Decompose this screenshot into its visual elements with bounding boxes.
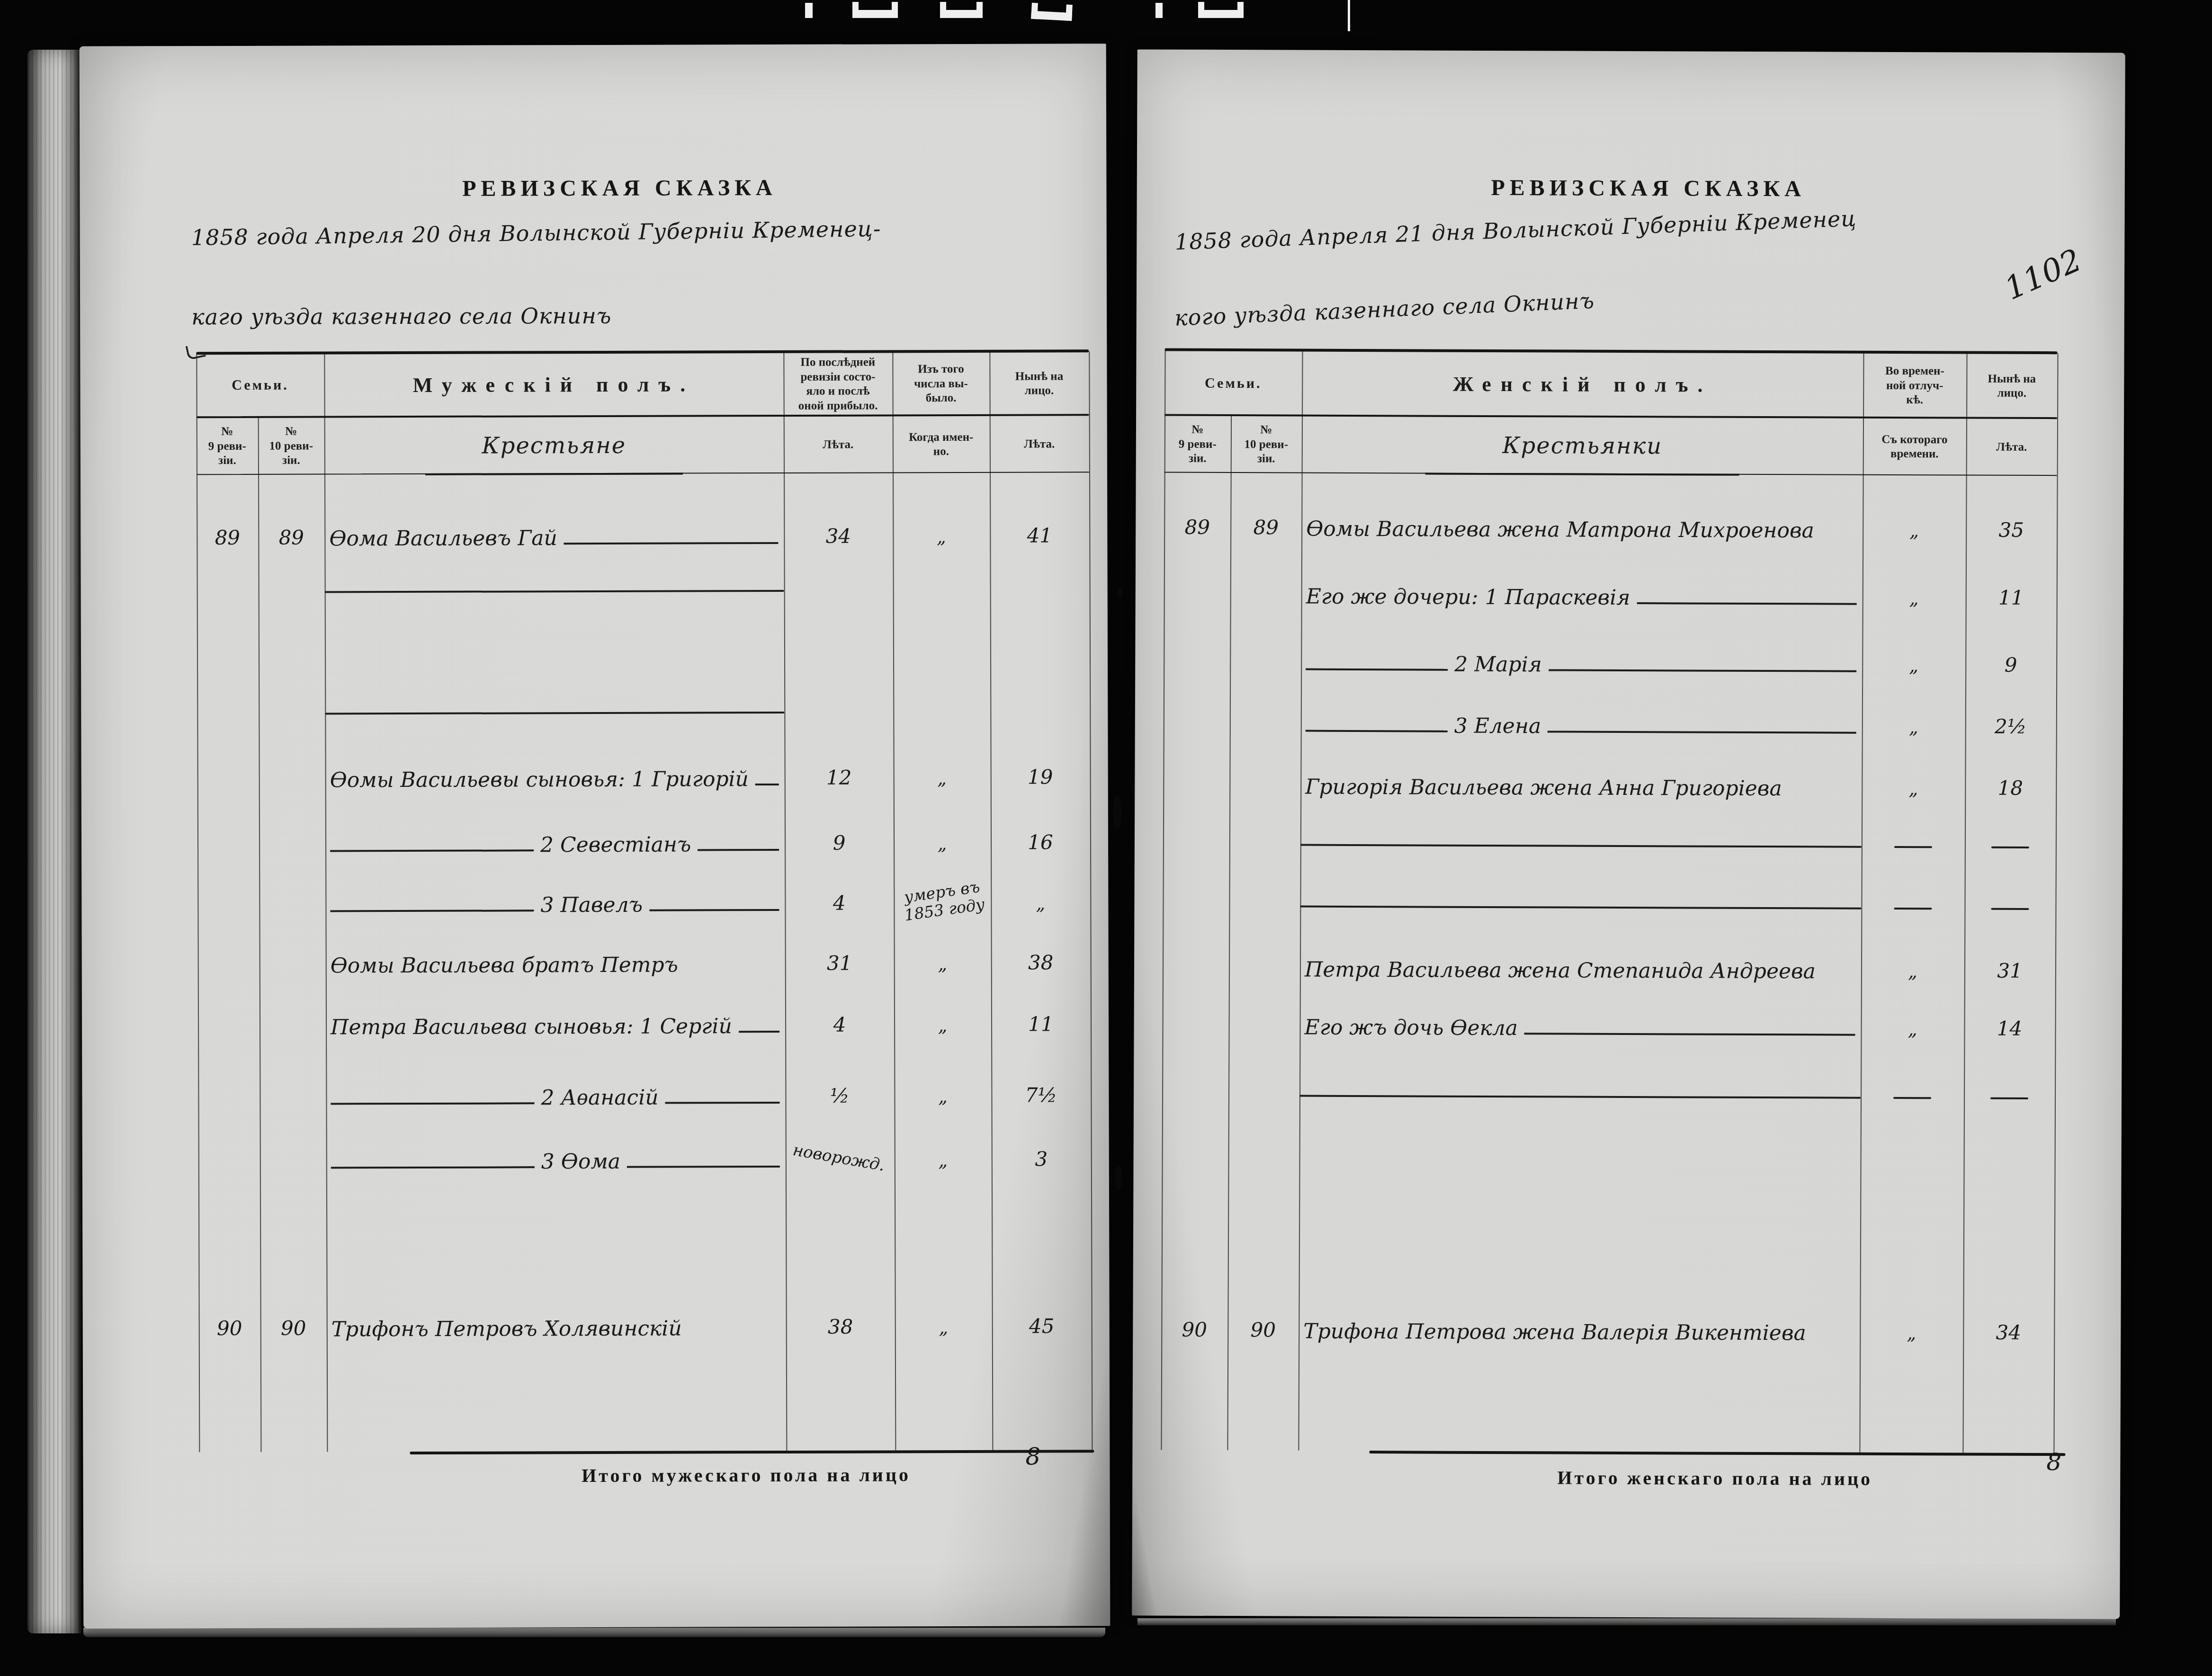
cell-since-when-absent: „ [1862,753,1965,806]
cell-person-name: Григорія Васильева жена Анна Григоріева [1300,751,1862,806]
cell-age-now: 3 [992,1124,1091,1177]
person-name-text: Трифонъ Петровъ Холявинскій [331,1317,682,1342]
cell-since-when-absent: „ [1862,691,1965,745]
cell-family-no-10th-revision: 89 [1230,492,1301,546]
trailing-rule [1637,602,1856,605]
cell-age-now: 31 [1964,936,2055,989]
ruler-mark [805,3,813,18]
cell-when-departed: „ [894,928,991,981]
ruler-mark [1198,2,1244,18]
leader-dash [330,909,534,912]
cell-age-previous-revision: 4 [785,990,894,1043]
cell-family-no-10th-revision: 89 [258,502,324,555]
cell-person-name: 3 Ѳома [326,1125,786,1179]
document-scan: РЕВИЗСКАЯ СКАЗКА 1858 года Апреля 20 дня… [0,0,2212,1676]
cell-age-now: „ [991,867,1090,921]
cell-family-no-9th-revision: 89 [1164,492,1230,545]
footer-rule [1369,1451,2065,1456]
table-body-male: 8989Ѳома Васильевъ Гай34„41Ѳомы Васильев… [80,44,1106,46]
cell-since-when-absent: „ [1863,562,1966,616]
cell-when-departed: „ [894,808,991,861]
leader-dash [330,849,534,852]
cell-age-now: 7½ [991,1060,1091,1114]
cell-age-now: 45 [992,1291,1092,1345]
cell-since-when-absent: „ [1861,993,1964,1047]
cell-since-when-absent: „ [1862,630,1965,683]
cell-age-now: 38 [991,927,1091,981]
trailing-rule [739,1031,779,1033]
ruler-mark [1155,3,1163,18]
heading-handwritten-line1: 1858 года Апреля 20 дня Волынской Губерн… [191,216,881,250]
cell-since-when-absent: „ [1861,936,1964,989]
person-name-text: 3 Елена [1454,714,1541,739]
blank-row-dash [1991,847,2029,848]
cell-person-name: Ѳомы Васильева братъ Петръ [326,928,785,983]
cell-age-previous-revision: 12 [784,742,893,796]
cell-age-now: 9 [1965,630,2056,683]
blank-row-line [1300,844,1862,848]
person-name-text: 2 Аѳанасій [541,1086,658,1110]
trailing-rule [649,909,779,911]
cell-person-name: Петра Васильева сыновья: 1 Сергій [326,990,785,1044]
cell-family-no-10th-revision: 90 [260,1293,327,1346]
cell-when-departed: „ [893,742,990,796]
trailing-rule [755,784,779,785]
ink-blot [1113,795,1121,830]
cell-age-now: 2½ [1965,691,2056,745]
cell-age-previous-revision: 31 [785,928,894,981]
heading-handwritten-line2: кого уѣзда казеннаго села Окнинъ [1174,288,1595,331]
col-header-rev10: № 10 реви- зіи. [258,419,324,472]
cell-person-name: Ѳомы Васильева жена Матрона Михроенова [1301,493,1863,548]
cell-age-previous-revision: новорожд. [782,1116,898,1187]
cell-age-now: 41 [990,500,1089,554]
blank-row-dash [1894,846,1932,848]
blank-row-line [325,590,784,593]
cell-person-name: 3 Елена [1301,689,1862,744]
col-header-male-sex: Мужескій полъ. [324,355,783,415]
col-header-previous-revision: По послѣдней ревизіи состо- яло и послѣ … [783,351,892,418]
cell-when-departed: умеръ въ 1853 году [890,861,994,927]
col-header-rev9: № 9 реви- зіи. [1164,418,1231,471]
col-header-peasants: Крестьяне [324,419,784,473]
footer-total-label: Итого женскаго пола на лицо [1426,1466,2004,1490]
cell-person-name: Трифона Петрова жена Валерія Викентіева [1299,1295,1860,1350]
trailing-rule [1549,669,1856,672]
trailing-rule [665,1102,780,1104]
col-header-now-present: Нынѣ на лицо. [989,352,1089,415]
cell-age-previous-revision: ½ [785,1061,894,1114]
page-number: 1102 [1999,241,2087,307]
col-header-departed: Изъ того числа вы- было. [892,353,989,416]
person-name-text: 3 Ѳома [541,1150,620,1174]
cell-person-name: 2 Севестіанъ [325,808,785,863]
person-name-text: Ѳомы Васильева братъ Петръ [331,953,678,978]
blank-row-line [1299,1095,1861,1099]
person-name-text: Ѳомы Васильевы сыновья: 1 Григорій [330,767,749,792]
cell-family-no-10th-revision: 90 [1227,1295,1299,1348]
col-header-rev9: № 9 реви- зіи. [197,420,258,473]
cell-since-when-absent: „ [1860,1297,1963,1351]
cell-age-previous-revision: 4 [785,868,894,921]
leader-dash [331,1166,535,1168]
cell-age-previous-revision: 34 [784,501,893,554]
col-header-years-now: Лѣта. [990,418,1089,471]
person-name-text: Трифона Петрова жена Валерія Викентіева [1303,1319,1806,1346]
cell-family-no-9th-revision: 90 [1161,1295,1227,1348]
leader-dash [331,1102,534,1105]
person-name-text: Ѳома Васильевъ Гай [329,526,557,551]
cell-age-now: 16 [991,807,1090,861]
book-page-edges [27,50,81,1633]
person-name-text: Его же дочери: 1 Параскевія [1306,585,1630,610]
cell-person-name: 2 Марія [1301,628,1862,683]
ink-blot [1115,1166,1122,1190]
col-header-female-sex: Женскій полъ. [1302,356,1863,414]
col-header-years-now: Лѣта. [1966,420,2057,474]
footer-rule [410,1450,1094,1454]
book-page-edges [83,1628,1105,1637]
footer-total-value: 8 [1025,1443,1040,1471]
cell-age-now: 18 [1965,753,2056,806]
cell-age-previous-revision: 9 [785,808,894,861]
leader-dash [1306,730,1448,732]
page-title: РЕВИЗСКАЯ СКАЗКА [1469,175,1828,202]
cell-age-now: 35 [1966,495,2057,548]
cell-person-name: Петра Васильева жена Степанида Андреева [1300,934,1861,989]
col-header-peasant-women: Крестьянки [1302,419,1863,473]
person-name-text: Григорія Васильева жена Анна Григоріева [1305,775,1782,801]
col-header-rev10: № 10 реви- зіи. [1231,418,1302,472]
blank-row-dash [1894,908,1932,909]
table-rule-line [1165,348,2058,355]
cell-age-now: 11 [991,989,1091,1043]
person-name-text: 3 Павелъ [540,893,643,918]
col-header-family: Семьи. [1164,355,1302,412]
cell-family-no-9th-revision: 89 [197,503,258,556]
ruler-mark [940,2,983,18]
person-name-text: 2 Севестіанъ [540,832,691,857]
blank-row-line [325,712,784,715]
cell-age-now: 11 [1966,562,2057,616]
col-header-temporary-absence: Во времен- ной отлуч- кѣ. [1863,355,1966,417]
person-name-text: Ѳомы Васильева жена Матрона Михроенова [1306,517,1814,543]
leader-dash [1306,669,1448,671]
cell-when-departed: „ [895,1292,992,1345]
table-body-female: 8989Ѳомы Васильева жена Матрона Михроено… [1137,49,2125,53]
cell-person-name: Трифонъ Петровъ Холявинскій [327,1292,786,1346]
cell-when-departed: „ [894,1061,991,1114]
cell-age-previous-revision: 38 [786,1292,895,1345]
cell-person-name: 3 Павелъ [325,868,785,923]
heading-handwritten-line1: 1858 года Апреля 21 дня Волынской Губерн… [1174,205,1857,255]
cell-when-departed: „ [895,1124,992,1178]
book-page-edges [1137,1618,2116,1625]
blank-row-dash [1991,908,2029,910]
person-name-text: Петра Васильева сыновья: 1 Сергій [331,1014,732,1039]
cell-person-name: Ѳома Васильевъ Гай [324,501,784,556]
cell-since-when-absent: „ [1863,495,1966,548]
heading-handwritten-line2: каго уѣзда казеннаго села Окнинъ [191,303,611,330]
person-name-text: Его жъ дочь Ѳекла [1304,1016,1518,1041]
footer-total-label: Итого мужескаго пола на лицо [481,1463,1011,1487]
cell-person-name: Его же дочери: 1 Параскевія [1301,561,1863,615]
ruler-mark [1348,0,1350,31]
cell-age-now: 14 [1964,993,2055,1047]
right-page: РЕВИЗСКАЯ СКАЗКА 1858 года Апреля 21 дня… [1132,49,2125,1619]
person-name-text: Петра Васильева жена Степанида Андреева [1305,958,1816,984]
blank-row-line [1300,906,1861,909]
cell-person-name: Ѳомы Васильевы сыновья: 1 Григорій [325,743,784,797]
left-page: РЕВИЗСКАЯ СКАЗКА 1858 года Апреля 20 дня… [80,44,1110,1629]
col-header-since-when: Съ котораго времени. [1863,420,1966,474]
person-name-text: 2 Марія [1454,652,1542,677]
cell-when-departed: „ [893,501,990,554]
cell-age-now: 19 [990,742,1090,795]
col-header-years-previous: Лѣта. [784,418,893,472]
page-title: РЕВИЗСКАЯ СКАЗКА [439,175,799,202]
col-header-when-exactly: Когда имен- но. [893,418,990,472]
trailing-rule [627,1166,780,1168]
trailing-rule [564,542,779,544]
cell-when-departed: „ [894,990,991,1043]
cell-family-no-9th-revision: 90 [199,1293,260,1346]
cell-person-name: 2 Аѳанасій [326,1061,785,1115]
ruler-mark [1031,3,1073,21]
trailing-rule [1524,1033,1855,1035]
col-header-now-present: Нынѣ на лицо. [1966,355,2057,417]
blank-row-dash [1893,1097,1931,1099]
table-rule-line [1161,350,1165,1450]
cell-age-now: 34 [1963,1297,2054,1351]
cell-person-name: Его жъ дочь Ѳекла [1299,991,1861,1046]
trailing-rule [1548,731,1856,733]
trailing-rule [698,849,779,851]
ruler-mark [852,2,898,18]
col-header-family: Семьи. [196,356,324,415]
ink-blot [1118,587,1122,599]
blank-row-dash [1990,1097,2028,1099]
